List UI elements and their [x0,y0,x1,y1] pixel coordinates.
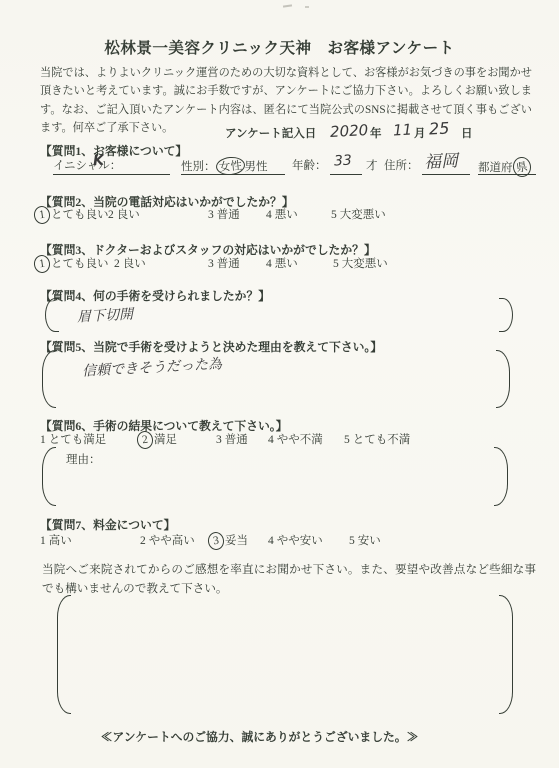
scanned-survey-page: 松林景一美容クリニック天神 お客様アンケート 当院では、よりよいクリニック運営の… [0,0,559,768]
survey-date-line: アンケート記入日 2020 年 11 月 25 日 [0,122,559,144]
question1-fields: イニシャル： K 性別：女性男性 年齢： 33 才 住所： 福岡 都道府県 [0,157,559,177]
thank-you-line: ≪アンケートへのご協力、誠にありがとうございました。≫ [0,728,519,745]
initial-label: イニシャル： [53,160,121,172]
q3-option-label: 良い [123,258,146,270]
question7-options: 1高い 2やや高い 3妥当 4やや安い 5安い [0,532,559,552]
q5-answer-handwritten: 信頼できそうだった為 [82,353,223,380]
q2-circled-choice: 1 [33,205,51,225]
q7-option-1: 1高い [40,532,72,548]
q2-option-label: 普通 [217,209,240,221]
q6-option-label: とても不満 [353,434,411,446]
q3-option-1: 1とても良い [38,255,109,271]
q4-answer-box: 眉下切開 [45,298,513,332]
q2-option-label: とても良い [51,209,109,221]
q3-option-3: 3普通 [208,255,240,271]
q6-option-2: 2満足 [141,431,177,447]
q3-option-label: 悪い [275,258,298,270]
q6-option-label: やや不満 [277,434,323,446]
q6-option-label: 普通 [225,434,248,446]
question7-header: 【質問7、料金について】 [40,516,175,533]
q6-reason-label: 理由： [66,451,101,467]
date-year-unit: 年 [370,125,382,141]
address-value-handwritten: 福岡 [423,146,458,173]
q2-option-label: 大変悪い [340,209,386,221]
q3-option-label: 普通 [217,258,240,270]
prefecture-ken-circled: 県 [511,156,531,178]
age-label: 年齢： [292,157,327,174]
q7-option-label: 妥当 [225,535,248,547]
q2-option-label: 悪い [275,209,298,221]
gender-label: 性別： [181,161,216,173]
q6-option-4: 4やや不満 [268,431,323,447]
q3-option-5: 5大変悪い [333,255,388,271]
age-unit: 才 [366,157,378,174]
date-label: アンケート記入日 [225,125,316,141]
q7-option-3: 3妥当 [212,532,248,548]
date-month-unit: 月 [414,125,426,141]
q3-option-2: 2良い [114,255,146,271]
address-label: 住所： [384,157,419,174]
comments-box [57,595,513,714]
q7-option-2: 2やや高い [140,532,195,548]
q7-option-label: 高い [49,535,72,547]
q2-option-3: 3普通 [208,206,240,222]
date-month-value: 11 [393,121,413,140]
q6-option-1: 1とても満足 [40,431,106,447]
scan-speck [283,4,292,7]
q3-option-label: とても良い [51,258,109,270]
scan-speck [305,6,309,8]
q7-option-label: やや安い [277,535,323,547]
date-year-value: 2020 [330,121,369,141]
q2-option-label: 良い [117,209,140,221]
gender-field: 性別：女性男性 [181,157,285,175]
q2-option-4: 4悪い [266,206,298,222]
q3-option-4: 4悪い [266,255,298,271]
question3-options: 1とても良い 2良い 3普通 4悪い 5大変悪い [0,255,559,275]
age-value-handwritten: 33 [334,153,353,170]
q7-option-label: 安い [358,535,381,547]
initial-value-handwritten: K [93,153,105,170]
q6-option-label: とても満足 [49,434,107,446]
gender-male: 男性 [245,161,268,173]
q7-option-label: やや高い [149,535,195,547]
page-title: 松林景一美容クリニック天神 お客様アンケート [0,36,559,58]
q4-answer-handwritten: 眉下切開 [77,304,134,327]
q3-option-label: 大変悪い [342,258,388,270]
q6-option-label: 満足 [154,434,177,446]
q6-option-3: 3普通 [216,431,248,447]
q2-option-1: 1とても良い [38,206,109,222]
age-blank: 33 [330,157,362,175]
q6-option-5: 5とても不満 [344,431,410,447]
date-day-unit: 日 [461,125,473,141]
address-blank: 福岡 [422,157,470,175]
prefecture-suffix: 都道府県 [478,157,536,175]
date-day-value: 25 [429,118,450,138]
q2-option-2: 2良い [108,206,140,222]
q2-option-5: 5大変悪い [331,206,386,222]
closing-request-text: 当院へご来院されてからのご感想を率直にお聞かせ下さい。また、要望や改善点など些細… [42,560,536,598]
q7-option-4: 4やや安い [268,532,323,548]
q5-answer-box: 信頼できそうだった為 [42,350,510,408]
q6-reason-box: 理由： [42,447,508,506]
q7-circled-choice: 3 [207,531,225,551]
q7-option-5: 5安い [349,532,381,548]
q3-circled-choice: 1 [33,254,51,274]
prefecture-prefix: 都道府 [478,162,513,174]
initial-field: イニシャル： K [53,157,170,175]
question2-options: 1とても良い 2良い 3普通 4悪い 5大変悪い [0,206,559,226]
gender-female-circled: 女性 [215,156,245,176]
